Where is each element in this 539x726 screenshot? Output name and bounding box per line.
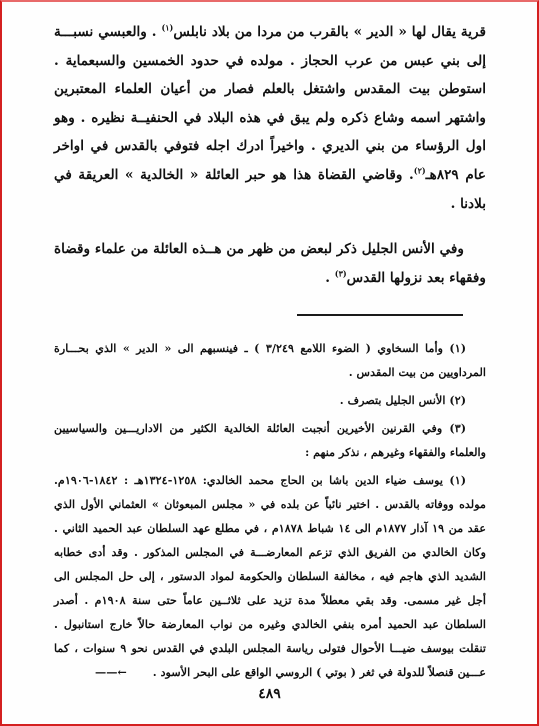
main-text: قرية يقال لها « الدير » بالقرب من مردا م… — [54, 18, 486, 292]
footnote-1: (١) وأما السخاوي ( الضوء اللامع ٣/٢٤٩ ) … — [54, 336, 486, 384]
paragraph-2: وفي الأنس الجليل ذكر لبعض من ظهر من هــذ… — [54, 235, 486, 292]
paragraph-text-cont: . — [325, 270, 334, 286]
footnote-3-sub-1: (١) يوسف ضياء الدين باشا بن الحاج محمد ا… — [54, 468, 486, 684]
footnotes: (١) وأما السخاوي ( الضوء اللامع ٣/٢٤٩ ) … — [54, 336, 486, 684]
footnote-ref-3: (٣) — [335, 268, 347, 278]
footnote-3: (٣) وفي القرنين الأخيرين أنجبت العائلة ا… — [54, 416, 486, 464]
paragraph-1: قرية يقال لها « الدير » بالقرب من مردا م… — [54, 18, 486, 218]
continuation-arrow-icon: ←—— — [95, 660, 147, 684]
footnote-separator — [297, 314, 463, 316]
footnote-ref-1: (١) — [161, 22, 173, 32]
paragraph-text: وفي الأنس الجليل ذكر لبعض من ظهر من هــذ… — [54, 241, 486, 286]
paragraph-text: قرية يقال لها « الدير » بالقرب من مردا م… — [173, 24, 486, 40]
page-number: ٤٨٩ — [0, 686, 539, 702]
footnote-ref-2: (٢) — [414, 165, 426, 175]
footnote-2: (٢) الأنس الجليل بتصرف . — [54, 388, 486, 412]
footnote-sub-text: (١) يوسف ضياء الدين باشا بن الحاج محمد ا… — [54, 473, 486, 679]
paragraph-text-cont: . والعبسي نسبـــة إلى بني عبس من عرب الح… — [54, 24, 486, 183]
